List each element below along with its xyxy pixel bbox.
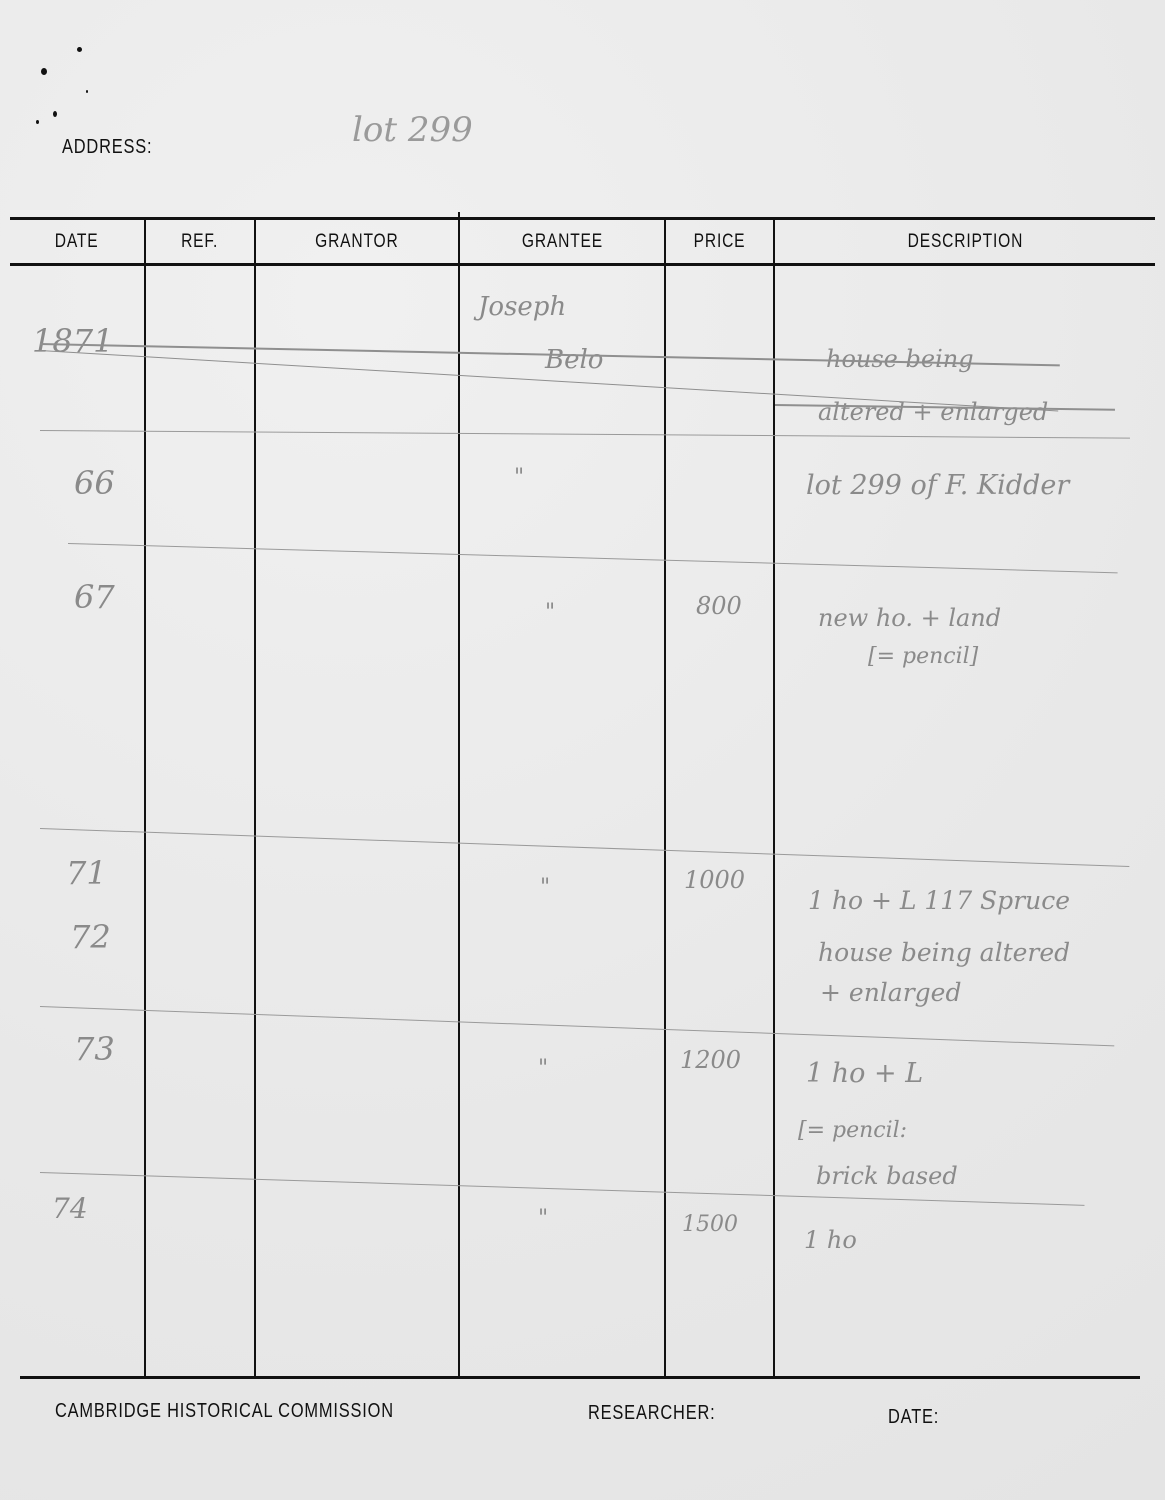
entry-grantee: Belo (545, 345, 603, 375)
column-divider (773, 218, 775, 1378)
entry-price: 1500 (682, 1212, 738, 1237)
header-bottom-rule (10, 263, 1155, 266)
entry-date: 67 (74, 578, 115, 616)
entry-date: 71 (66, 854, 107, 892)
entry-description: brick based (816, 1162, 958, 1190)
ink-speck (53, 111, 57, 117)
column-header-description: DESCRIPTION (775, 228, 1155, 256)
ink-speck (86, 90, 88, 93)
entry-grantee: Joseph (478, 292, 566, 322)
table-bottom-rule (20, 1376, 1140, 1379)
entry-description: [= pencil] (868, 644, 978, 669)
entry-date: 73 (74, 1030, 115, 1068)
entry-grantee-ditto: " (514, 465, 524, 490)
column-header-grantee: GRANTEE (460, 228, 664, 256)
footer-organization: CAMBRIDGE HISTORICAL COMMISSION (55, 1400, 394, 1423)
entry-grantee-ditto: " (540, 875, 550, 900)
entry-description: lot 299 of F. Kidder (806, 470, 1069, 501)
table-top-rule (10, 217, 1155, 220)
column-divider (254, 218, 256, 1378)
entry-price: 1200 (680, 1046, 741, 1074)
entry-description: + enlarged (820, 978, 961, 1007)
address-value: lot 299 (352, 110, 473, 150)
ink-speck (36, 120, 39, 124)
entry-date: 74 (52, 1192, 88, 1225)
entry-separator (40, 828, 1129, 867)
ink-speck (41, 68, 47, 75)
entry-description: [= pencil: (798, 1118, 907, 1143)
column-header-ref: REF. (146, 228, 254, 256)
entry-separator (68, 543, 1118, 573)
column-divider (458, 212, 460, 1378)
entry-separator (40, 430, 1130, 439)
column-header-date: DATE (10, 228, 144, 256)
column-header-grantor: GRANTOR (256, 228, 458, 256)
entry-price: 800 (696, 592, 742, 620)
ink-speck (77, 47, 82, 52)
column-header-price: PRICE (666, 228, 773, 256)
entry-date: 66 (74, 464, 115, 502)
footer-date-label: DATE: (888, 1406, 939, 1429)
entry-grantee-ditto: " (545, 600, 555, 625)
entry-description: house being altered (818, 938, 1070, 967)
entry-date-extra: 72 (70, 918, 111, 956)
entry-description: 1 ho + L 117 Spruce (808, 886, 1070, 915)
entry-description: 1 ho + L (806, 1058, 923, 1089)
footer-researcher-label: RESEARCHER: (588, 1402, 715, 1425)
entry-separator (40, 1006, 1114, 1046)
entry-grantee-ditto: " (538, 1056, 548, 1081)
entry-description: new ho. + land (818, 604, 1001, 632)
entry-description: 1 ho (804, 1226, 857, 1254)
entry-price: 1000 (684, 866, 745, 894)
column-divider (144, 218, 146, 1378)
address-label: ADDRESS: (62, 136, 152, 159)
column-divider (664, 218, 666, 1378)
entry-grantee-ditto: " (538, 1206, 548, 1231)
